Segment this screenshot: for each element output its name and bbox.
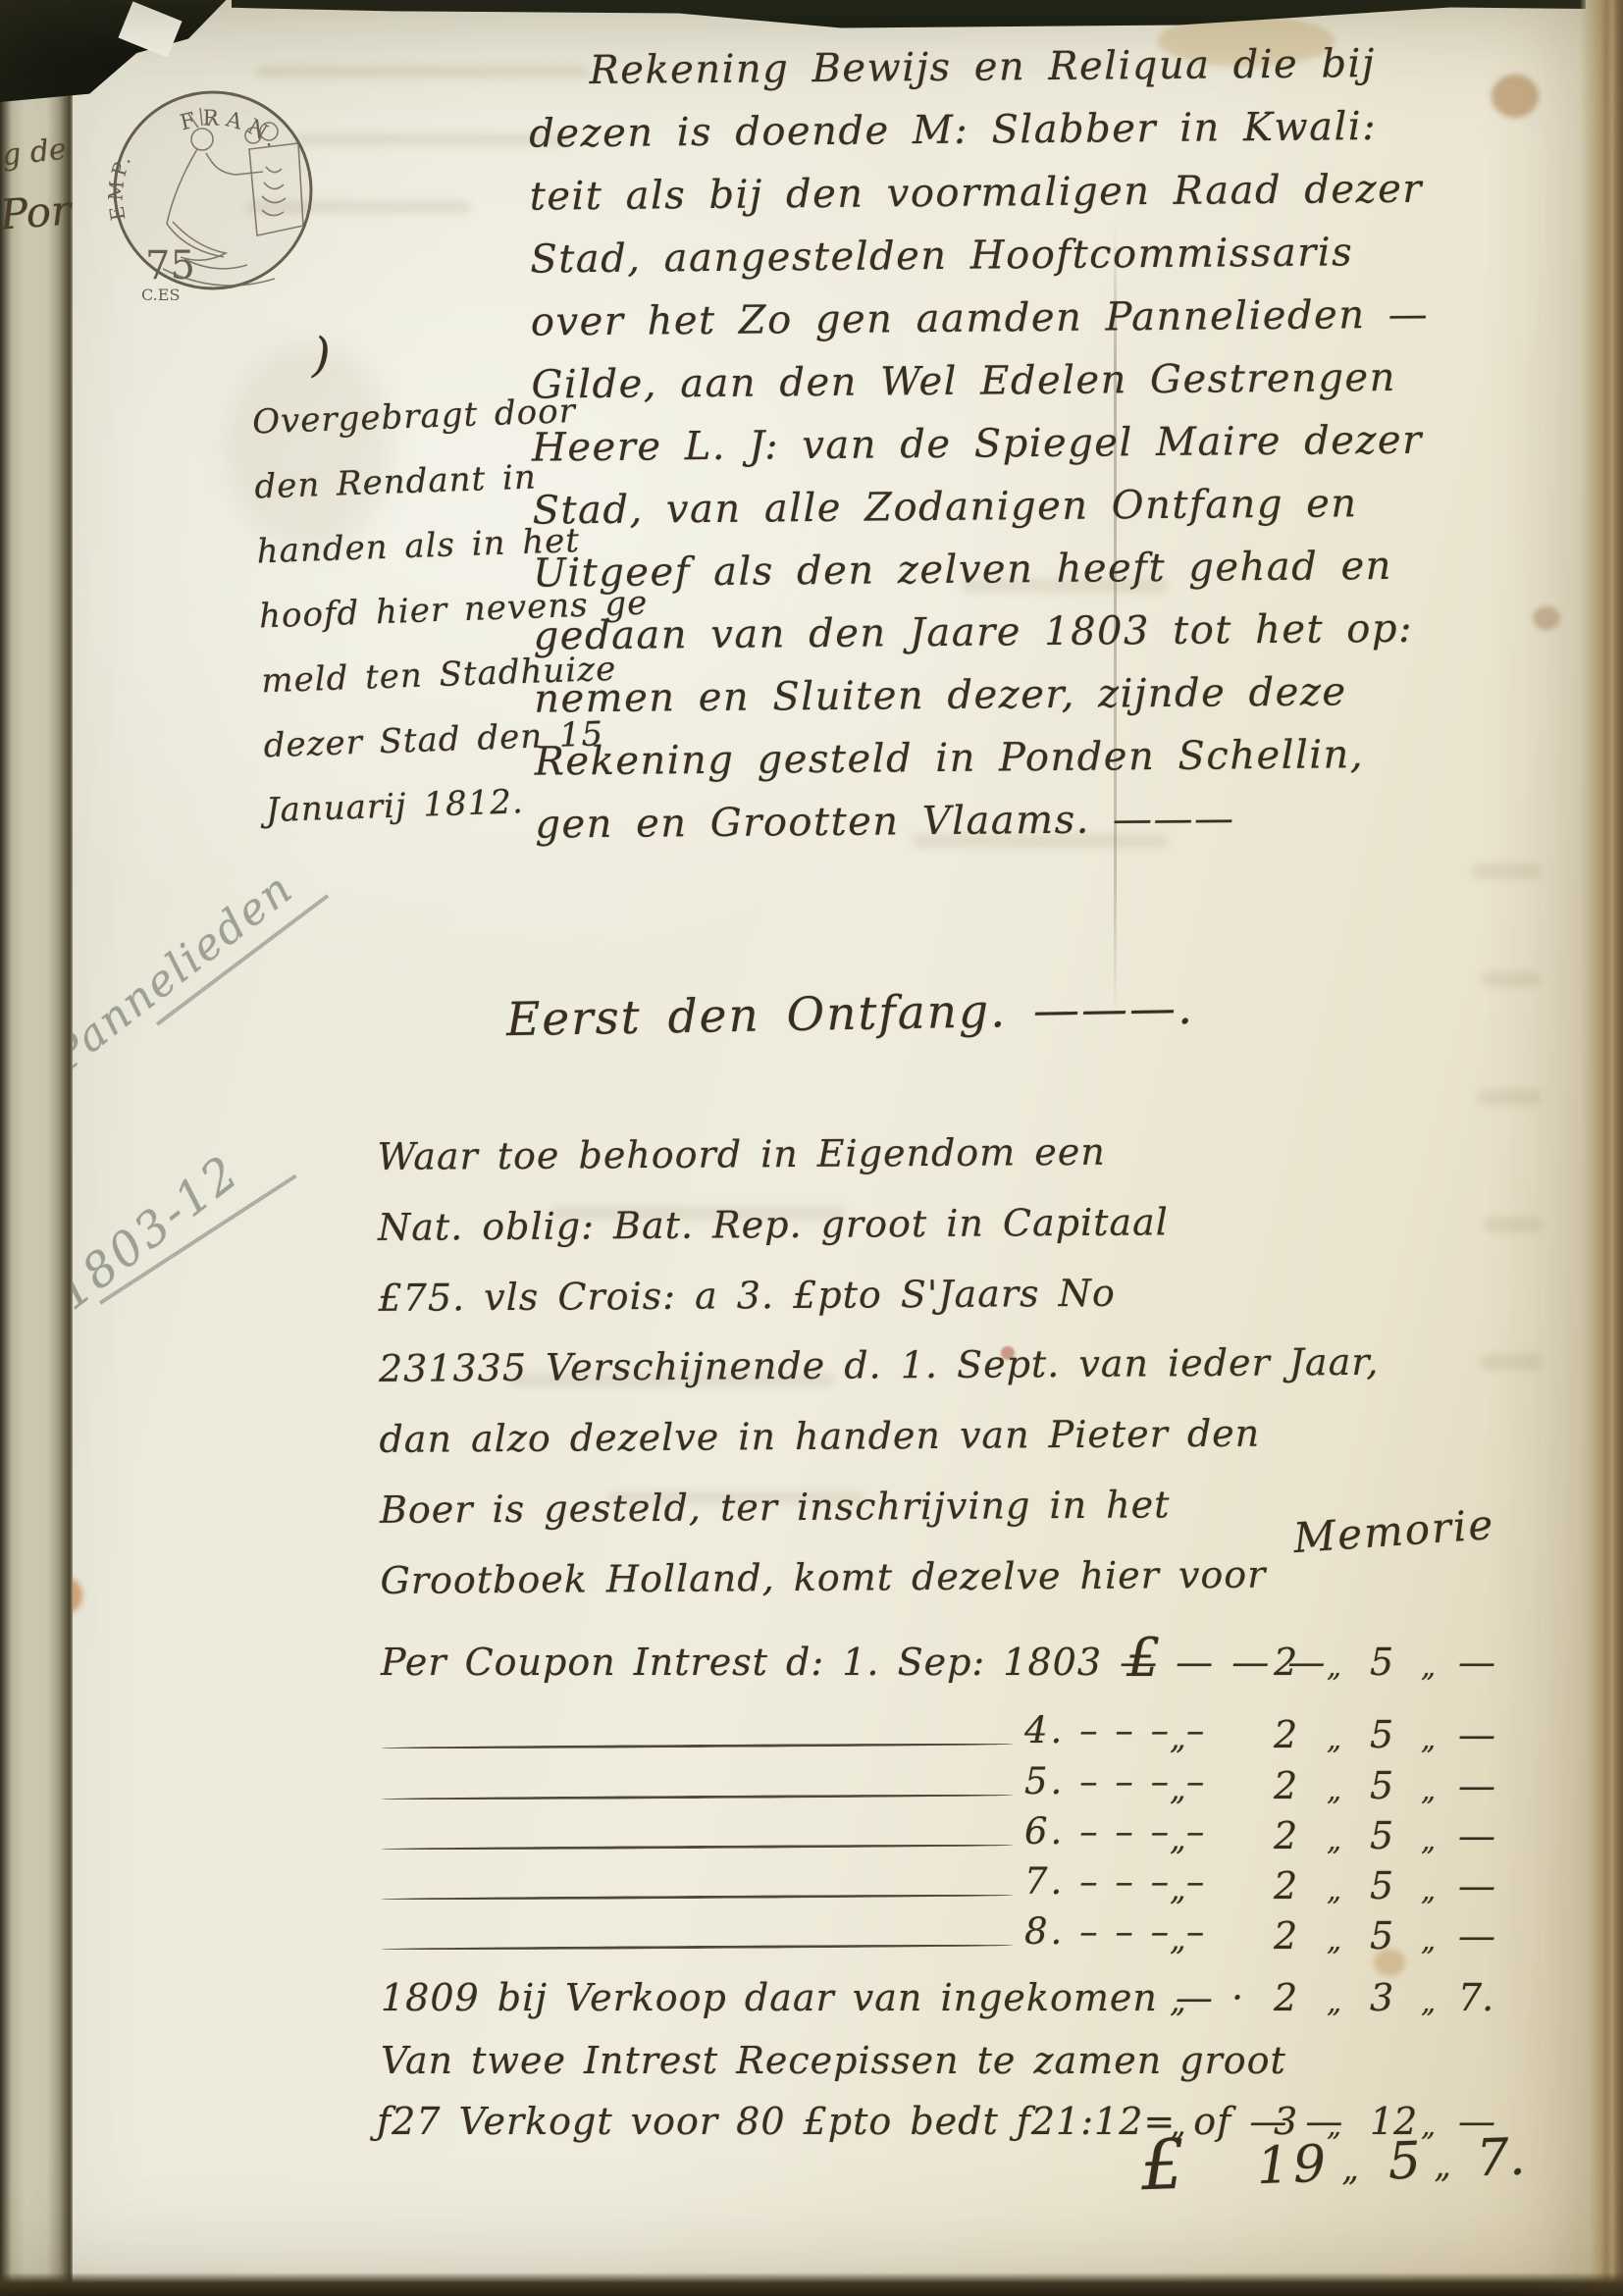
total-groats: 7. [1476, 2128, 1527, 2189]
row-label: 1809 bij Verkoop daar van ingekomen — · [381, 1976, 1244, 2019]
margin-note-line: handen als in het [256, 509, 562, 585]
row-shillings: 5 [1370, 1914, 1393, 1957]
row-currency: £ [1126, 1627, 1160, 1689]
main-text-line: dezen is doende M: Slabber in Kwali: [529, 93, 1560, 165]
main-text-line: Gilde, aan den Wel Edelen Gestrengen [531, 344, 1562, 416]
pencil-note-years: 1803-12 [46, 1144, 250, 1321]
ghost-bleedthrough [294, 133, 569, 145]
previous-page-fragment: Por [0, 186, 73, 239]
ghost-bleedthrough [1482, 971, 1541, 987]
row-separator: „ [1421, 1985, 1436, 2018]
section-heading: Eerst den Ontfang. ———. [506, 981, 1195, 1047]
pen-paren-mark: ) [312, 328, 331, 383]
intro-paragraph: Waar toe behoord in Eigendom een Nat. ob… [377, 1116, 1204, 1616]
intro-line: 231335 Verschijnende d. 1. Sept. van ied… [379, 1328, 1203, 1404]
memorie-label: Memorie [1292, 1500, 1496, 1562]
row-groats: — [1458, 1764, 1495, 1807]
row-label: ƒ27 Verkogt voor 80 £pto bedt ƒ21:12= of… [377, 2100, 1343, 2143]
manuscript-scan-page: FRAN. EMP. 75 C.ES ) Rekening Bewijs en … [0, 0, 1623, 2296]
ghost-bleedthrough [1472, 863, 1541, 879]
table-row: Van twee Intrest Recepissen te zamen gro… [0, 2039, 1623, 2102]
main-text: Rekening Bewijs en Reliqua die bij dezen… [528, 30, 1565, 856]
margin-note-line: hoofd hier nevens ge [258, 574, 564, 650]
main-text-line: Rekening Bewijs en Reliqua die bij [528, 30, 1559, 102]
stamp-denomination: 75 [145, 243, 195, 288]
total-pounds: 19 [1256, 2135, 1331, 2197]
row-groats: — [1458, 1814, 1495, 1857]
row-separator: „ [1327, 1985, 1341, 2018]
intro-line: Grootboek Holland, komt dezelve hier voo… [380, 1539, 1204, 1616]
book-top-edge [232, 0, 1586, 29]
main-text-line: gedaan van den Jaare 1803 tot het op: [533, 596, 1564, 667]
total-currency: £ [1139, 2124, 1185, 2207]
row-shillings: 5 [1370, 1864, 1393, 1907]
row-separator: „ [1421, 1773, 1436, 1806]
row-pounds: 2 [1274, 1764, 1297, 1807]
row-separator: „ [1327, 1873, 1341, 1906]
row-shillings: 5 [1370, 1764, 1393, 1807]
row-separator: „ [1421, 1873, 1436, 1906]
margin-note-line: meld ten Stadhuize [260, 639, 566, 714]
main-text-line: Stad, aangestelden Hooftcommissaris [530, 219, 1561, 290]
total-row: £ 19 „ 5 „ 7. [0, 2124, 1623, 2289]
row-separator: „ [1327, 1923, 1341, 1957]
total-shillings: 5 [1387, 2131, 1422, 2191]
row-separator: „ [1421, 1649, 1436, 1683]
row-pounds: 2 [1274, 1914, 1297, 1957]
table-row: Per Coupon Intrest d: 1. Sep: 1803 — — —… [0, 1641, 1623, 1703]
margin-note-line: Overgebragt door [251, 380, 557, 455]
row-separator: „ [1327, 1722, 1341, 1755]
intro-line: Waar toe behoord in Eigendom een [377, 1116, 1201, 1192]
row-shillings: 5 [1370, 1713, 1393, 1756]
intro-line: dan alzo dezelve in handen van Pieter de… [379, 1398, 1203, 1475]
row-groats: — [1458, 1914, 1495, 1957]
leader-line [381, 1944, 1014, 1951]
row-currency: „ [1170, 1870, 1186, 1907]
row-pounds: 2 [1274, 1713, 1297, 1756]
row-groats: — [1458, 1713, 1495, 1756]
main-text-line: teit als bij den voormaligen Raad dezer [530, 156, 1561, 228]
row-currency: „ [1170, 1982, 1186, 2019]
book-spine-gutter: g de Por [0, 0, 73, 2296]
row-groats: — [1458, 1864, 1495, 1907]
main-text-line: Rekening gesteld in Ponden Schellin, [535, 721, 1566, 793]
intro-line: Boer is gesteld, ter inschrijving in het [380, 1469, 1204, 1545]
ghost-bleedthrough [1480, 1354, 1543, 1370]
main-text-line: Stad, van alle Zodanigen Ontfang en [532, 470, 1563, 542]
row-currency: „ [1170, 1719, 1186, 1756]
page-stack-right-edge [1580, 0, 1623, 2296]
leader-line [381, 1743, 1014, 1749]
total-separator: „ [1340, 2150, 1359, 2190]
row-label: Van twee Intrest Recepissen te zamen gro… [381, 2039, 1286, 2082]
pencil-note-subject: Pannelieden [43, 863, 302, 1081]
row-shillings: 5 [1370, 1641, 1393, 1684]
row-shillings: 5 [1370, 1814, 1393, 1857]
ghost-bleedthrough [1484, 1217, 1543, 1232]
row-separator: „ [1421, 1722, 1436, 1755]
margin-note: Overgebragt door den Rendant in handen a… [251, 380, 571, 844]
total-separator: „ [1433, 2146, 1451, 2186]
row-pounds: 2 [1274, 1864, 1297, 1907]
margin-note-line: Januarij 1812. [265, 767, 571, 843]
row-shillings: 3 [1370, 1976, 1393, 2019]
row-groats: 7. [1458, 1976, 1493, 2019]
main-text-line: gen en Grootten Vlaams. ——— [535, 784, 1566, 856]
leader-line [381, 1844, 1014, 1851]
main-text-line: nemen en Sluiten dezer, zijnde deze [534, 658, 1565, 730]
row-label: Per Coupon Intrest d: 1. Sep: 1803 — — —… [381, 1641, 1326, 1684]
row-separator: „ [1327, 1823, 1341, 1856]
margin-note-line: den Rendant in [253, 444, 559, 520]
row-currency: „ [1170, 1920, 1186, 1957]
row-currency: „ [1170, 1770, 1186, 1807]
leader-line [381, 1894, 1014, 1901]
ghost-bleedthrough [1477, 1089, 1542, 1105]
leader-line [381, 1794, 1014, 1800]
row-separator: „ [1327, 1773, 1341, 1806]
row-pounds: 2 [1274, 1641, 1297, 1684]
row-groats: — [1458, 1641, 1495, 1684]
margin-note-line: dezer Stad den 15 [263, 704, 569, 779]
row-pounds: 2 [1274, 1976, 1297, 2019]
row-separator: „ [1327, 1649, 1341, 1683]
row-separator: „ [1421, 1823, 1436, 1856]
table-row: 1809 bij Verkoop daar van ingekomen — · … [0, 1976, 1623, 2039]
row-currency: „ [1170, 1820, 1186, 1857]
main-text-line: Uitgeef als den zelven heeft gehad en [533, 533, 1564, 604]
stamp-denomination-unit: C.ES [141, 286, 180, 304]
revenue-stamp-75-centimes: FRAN. EMP. 75 C.ES [104, 77, 322, 308]
intro-line: Nat. oblig: Bat. Rep. groot in Capitaal [378, 1186, 1202, 1263]
row-pounds: 2 [1274, 1814, 1297, 1857]
row-separator: „ [1421, 1923, 1436, 1957]
page-bottom-edge [0, 2272, 1623, 2296]
intro-line: £75. vls Crois: a 3. £pto S'Jaars No [378, 1257, 1202, 1333]
previous-page-fragment: g de [0, 132, 68, 174]
main-text-line: Heere L. J: van de Spiegel Maire dezer [532, 407, 1563, 479]
main-text-line: over het Zo gen aamden Pannelieden — [531, 282, 1562, 353]
table-row: 8. – – – – „ 2 „ 5 „ — [0, 1914, 1623, 1977]
